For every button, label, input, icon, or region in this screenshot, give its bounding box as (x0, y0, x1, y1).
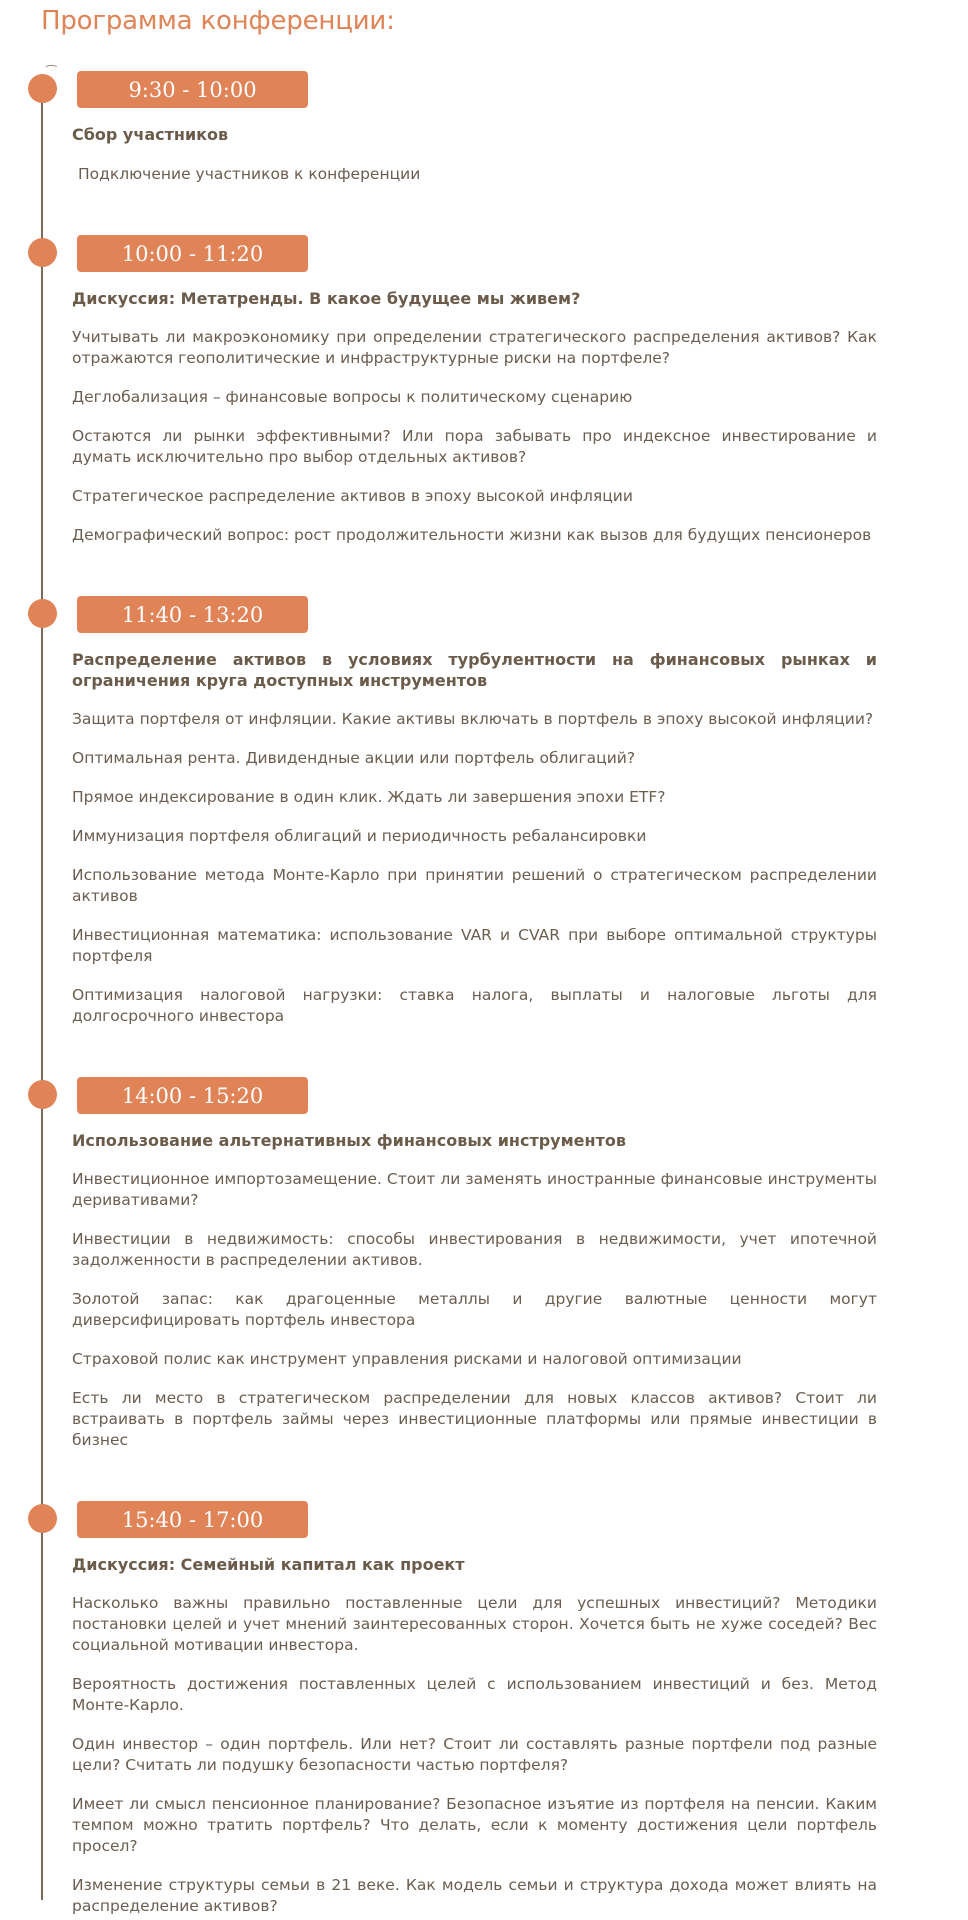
session-1140: 11:40 - 13:20 Распределение активов в ус… (0, 596, 968, 1027)
session-1400: 14:00 - 15:20 Использование альтернативн… (0, 1077, 968, 1451)
topic-item: Золотой запас: как драгоценные металлы и… (72, 1289, 877, 1331)
topic-item: Один инвестор – один портфель. Или нет? … (72, 1734, 877, 1776)
topic-list: Насколько важны правильно поставленные ц… (72, 1593, 877, 1917)
conference-schedule: 9:30 - 10:00 Сбор участников Подключение… (0, 71, 968, 1917)
timeline-dot-icon (28, 238, 57, 267)
topic-item: Насколько важны правильно поставленные ц… (72, 1593, 877, 1656)
session-0930: 9:30 - 10:00 Сбор участников Подключение… (0, 71, 968, 185)
page-title: Программа конференции: (41, 6, 395, 36)
time-badge: 10:00 - 11:20 (77, 235, 308, 272)
topic-item: Страховой полис как инструмент управлени… (72, 1349, 877, 1370)
topic-item: Оптимизация налоговой нагрузки: ставка н… (72, 985, 877, 1027)
topic-item: Инвестиционное импортозамещение. Стоит л… (72, 1169, 877, 1211)
topic-item: Инвестиционная математика: использование… (72, 925, 877, 967)
topic-item: Изменение структуры семьи в 21 веке. Как… (72, 1875, 877, 1917)
time-badge: 9:30 - 10:00 (77, 71, 308, 108)
topic-item: Подключение участников к конференции (72, 164, 877, 185)
timeline-dot-icon (28, 599, 57, 628)
topic-item: Есть ли место в стратегическом распредел… (72, 1388, 877, 1451)
topic-item: Иммунизация портфеля облигаций и периоди… (72, 826, 877, 847)
topic-item: Демографический вопрос: рост продолжител… (72, 525, 877, 546)
topic-list: Учитывать ли макроэкономику при определе… (72, 327, 877, 546)
topic-item: Использование метода Монте-Карло при при… (72, 865, 877, 907)
session-title: Сбор участников (72, 124, 877, 145)
topic-item: Вероятность достижения поставленных целе… (72, 1674, 877, 1716)
topic-item: Инвестиции в недвижимость: способы инвес… (72, 1229, 877, 1271)
session-title: Распределение активов в условиях турбуле… (72, 649, 877, 691)
topic-item: Деглобализация – финансовые вопросы к по… (72, 387, 877, 408)
session-title: Дискуссия: Семейный капитал как проект (72, 1554, 877, 1575)
session-1540: 15:40 - 17:00 Дискуссия: Семейный капита… (0, 1501, 968, 1917)
time-badge: 14:00 - 15:20 (77, 1077, 308, 1114)
topic-item: Остаются ли рынки эффективными? Или пора… (72, 426, 877, 468)
time-badge: 15:40 - 17:00 (77, 1501, 308, 1538)
topic-item: Прямое индексирование в один клик. Ждать… (72, 787, 877, 808)
timeline-dot-icon (28, 74, 57, 103)
topic-item: Учитывать ли макроэкономику при определе… (72, 327, 877, 369)
session-title: Дискуссия: Метатренды. В какое будущее м… (72, 288, 877, 309)
session-1000: 10:00 - 11:20 Дискуссия: Метатренды. В к… (0, 235, 968, 546)
topic-item: Имеет ли смысл пенсионное планирование? … (72, 1794, 877, 1857)
topic-list: Подключение участников к конференции (72, 164, 877, 185)
timeline-dot-icon (28, 1504, 57, 1533)
topic-list: Защита портфеля от инфляции. Какие актив… (72, 709, 877, 1027)
topic-item: Защита портфеля от инфляции. Какие актив… (72, 709, 877, 730)
topic-item: Оптимальная рента. Дивидендные акции или… (72, 748, 877, 769)
time-badge: 11:40 - 13:20 (77, 596, 308, 633)
topic-item: Стратегическое распределение активов в э… (72, 486, 877, 507)
session-title: Использование альтернативных финансовых … (72, 1130, 877, 1151)
topic-list: Инвестиционное импортозамещение. Стоит л… (72, 1169, 877, 1451)
timeline-dot-icon (28, 1080, 57, 1109)
